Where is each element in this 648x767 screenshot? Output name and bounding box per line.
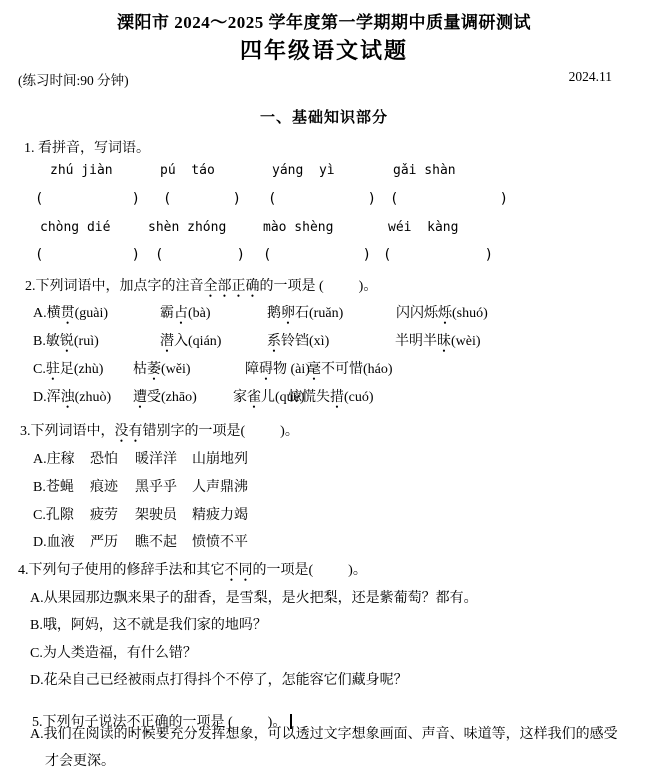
q2-option-b-item-1: 敏锐(ruì): [46, 334, 99, 349]
q2-option-a-first: A.横贯(guài): [33, 302, 108, 322]
q3-option-d-first: D.血液: [33, 531, 75, 551]
section-heading: 一、基础知识部分: [0, 106, 648, 127]
meta-row: (练习时间:90 分钟) 2024.11: [18, 69, 612, 89]
option-label: B.: [33, 334, 46, 349]
q3-option-d-item-2: 严历: [90, 531, 118, 551]
paren-close: ): [500, 191, 508, 207]
q3-option-d: D.血液 严历 瞧不起 愤愤不平: [0, 531, 648, 551]
q3-option-c-item-2: 疲劳: [90, 504, 118, 524]
q2-option-a-item-1: 横贯(guài): [47, 306, 108, 321]
q2-option-c-item-1: 驻足(zhù): [46, 362, 104, 377]
q2-option-b-item-2: 潜入(qián): [160, 330, 221, 350]
q5-option-a-line-2: 才会更深。: [45, 750, 115, 767]
q2-option-c-item-3: 障碍物 (ài): [245, 358, 310, 378]
q2-option-d-item-2: 遭受(zhāo): [133, 386, 197, 406]
q3-option-a-item-4: 山崩地列: [192, 448, 248, 468]
q4-option-c: C.为人类造福，有什么错？: [30, 642, 197, 662]
q3-option-d-item-3: 瞧不起: [135, 531, 177, 551]
q3-option-b-item-4: 人声鼎沸: [192, 476, 248, 496]
option-label: D.: [33, 535, 47, 550]
answer-blank-4: (): [390, 191, 508, 207]
paren-close: ): [132, 247, 140, 263]
pinyin-word-8: wéi kàng: [388, 220, 458, 235]
answer-blank-2: (): [163, 191, 241, 207]
paren-open: (: [35, 247, 43, 263]
q3-option-c-item-3: 架驶员: [135, 504, 177, 524]
q3-option-b-item-2: 痕迹: [90, 476, 118, 496]
paren-close: ): [237, 247, 245, 263]
option-label: C.: [33, 508, 46, 523]
q2-option-b-first: B.敏锐(ruì): [33, 330, 99, 350]
pinyin-word-4: gǎi shàn: [393, 163, 456, 178]
practice-time-note: (练习时间:90 分钟): [18, 69, 129, 89]
pinyin-word-7: mào shèng: [263, 220, 333, 235]
q5-option-a-line-1: A.我们在阅读的时候要充分发挥想象，可以透过文字想象画面、声音、味道等，这样我们…: [30, 723, 618, 743]
q1-prompt: 1. 看拼音，写词语。: [24, 137, 150, 157]
q2-option-d-first: D.浑浊(zhuò): [33, 386, 111, 406]
paren-close: ): [132, 191, 140, 207]
q2-option-c-first: C.驻足(zhù): [33, 358, 103, 378]
q3-option-b-item-3: 黑乎乎: [135, 476, 177, 496]
q3-option-c-item-1: 孔隙: [46, 508, 74, 523]
q2-option-a-item-4: 闪闪烁烁(shuó): [396, 302, 488, 322]
pinyin-word-5: chòng dié: [40, 220, 110, 235]
q2-option-d: D.浑浊(zhuò) 遭受(zhāo) 家雀儿(què) 惊慌失措(cuó): [0, 386, 648, 406]
document-subtitle: 四年级语文试题: [0, 34, 648, 65]
paren-close: ): [485, 247, 493, 263]
q3-option-b-first: B.苍蝇: [33, 476, 74, 496]
q3-option-d-item-1: 血液: [47, 535, 75, 550]
q2-option-a: A.横贯(guài) 霸占(bà) 鹅卵石(ruǎn) 闪闪烁烁(shuó): [0, 302, 648, 322]
exam-document[interactable]: 溧阳市 2024～2025 学年度第一学期期中质量调研测试 四年级语文试题 (练…: [0, 0, 648, 767]
q1-answer-row-2: () () () (): [0, 247, 648, 265]
option-label: C.: [33, 362, 46, 377]
document-date: 2024.11: [569, 69, 612, 89]
q2-option-c-item-2: 枯萎(wěi): [133, 358, 191, 378]
q3-option-b: B.苍蝇 痕迹 黑乎乎 人声鼎沸: [0, 476, 648, 496]
q2-option-d-item-1: 浑浊(zhuò): [47, 390, 112, 405]
q2-option-d-item-4: 惊慌失措(cuó): [288, 386, 374, 406]
q3-option-b-item-1: 苍蝇: [46, 480, 74, 495]
q3-option-a: A.庄稼 恐怕 暖洋洋 山崩地列: [0, 448, 648, 468]
q3-option-d-item-4: 愤愤不平: [192, 531, 248, 551]
paren-open: (: [163, 191, 171, 207]
answer-blank-6: (): [155, 247, 245, 263]
answer-blank-1: (): [35, 191, 140, 207]
pinyin-word-3: yáng yì: [272, 163, 335, 178]
q2-option-a-item-2: 霸占(bà): [160, 302, 211, 322]
paren-open: (: [390, 191, 398, 207]
q3-option-a-item-3: 暖洋洋: [135, 448, 177, 468]
document-title: 溧阳市 2024～2025 学年度第一学期期中质量调研测试: [0, 8, 648, 33]
q3-option-a-item-2: 恐怕: [90, 448, 118, 468]
answer-blank-3: (): [268, 191, 376, 207]
q3-option-a-item-1: 庄稼: [47, 452, 75, 467]
option-label: D.: [33, 390, 47, 405]
answer-blank-5: (): [35, 247, 140, 263]
paren-open: (: [155, 247, 163, 263]
q2-option-b-item-4: 半明半昧(wèi): [395, 330, 481, 350]
q4-prompt: 4.下列句子使用的修辞手法和其它不同的一项是( )。: [18, 559, 367, 579]
option-label: A.: [33, 452, 47, 467]
q4-option-b: B.哦，阿妈，这不就是我们家的地吗？: [30, 614, 267, 634]
q1-answer-row-1: () () () (): [0, 191, 648, 209]
q3-option-a-first: A.庄稼: [33, 448, 75, 468]
q3-option-c-item-4: 精疲力竭: [192, 504, 248, 524]
q4-option-a: A.从果园那边飘来果子的甜香，是雪梨，是火把梨，还是紫葡萄？都有。: [30, 587, 478, 607]
answer-blank-8: (): [383, 247, 493, 263]
q2-option-a-item-3: 鹅卵石(ruǎn): [267, 302, 343, 322]
q2-option-b-item-3: 系铃铛(xì): [267, 330, 329, 350]
q2-option-b: B.敏锐(ruì) 潜入(qián) 系铃铛(xì) 半明半昧(wèi): [0, 330, 648, 350]
q2-option-c-item-4: 毫不可惜(háo): [307, 358, 393, 378]
paren-open: (: [383, 247, 391, 263]
q4-option-d: D.花朵自己已经被雨点打得抖个不停了，怎能容它们藏身呢？: [30, 669, 408, 689]
answer-blank-7: (): [263, 247, 371, 263]
q1-pinyin-row-1: zhú jiàn pú táo yáng yì gǎi shàn: [0, 163, 648, 181]
paren-open: (: [263, 247, 271, 263]
q3-prompt: 3.下列词语中，没有错别字的一项是( )。: [20, 420, 299, 440]
pinyin-word-6: shèn zhóng: [148, 220, 226, 235]
q1-pinyin-row-2: chòng dié shèn zhóng mào shèng wéi kàng: [0, 220, 648, 238]
option-label: B.: [33, 480, 46, 495]
pinyin-word-2: pú táo: [160, 163, 215, 178]
q2-option-c: C.驻足(zhù) 枯萎(wěi) 障碍物 (ài) 毫不可惜(háo): [0, 358, 648, 378]
paren-close: ): [363, 247, 371, 263]
paren-open: (: [35, 191, 43, 207]
paren-close: ): [368, 191, 376, 207]
paren-open: (: [268, 191, 276, 207]
q3-option-c: C.孔隙 疲劳 架驶员 精疲力竭: [0, 504, 648, 524]
q3-option-c-first: C.孔隙: [33, 504, 74, 524]
q2-prompt: 2.下列词语中，加点字的注音全部正确的一项是 ( )。: [25, 275, 377, 295]
pinyin-word-1: zhú jiàn: [50, 163, 113, 178]
paren-close: ): [233, 191, 241, 207]
option-label: A.: [33, 306, 47, 321]
